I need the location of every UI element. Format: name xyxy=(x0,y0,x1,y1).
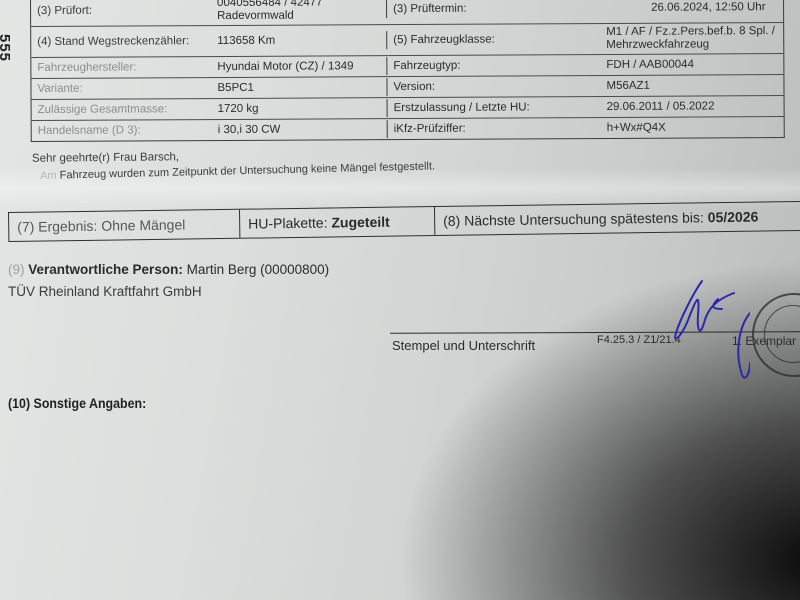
next-inspection-value: 05/2026 xyxy=(708,209,759,226)
company-name: TÜV Rheinland Kraftfahrt GmbH xyxy=(8,284,202,299)
label-registration: Erstzulassung / Letzte HU: xyxy=(387,98,587,117)
handwritten-signature-icon xyxy=(670,275,750,385)
value-registration: 29.06.2011 / 05.2022 xyxy=(587,97,784,116)
other-info-heading: (10) Sonstige Angaben: xyxy=(8,396,146,411)
label-version: Version: xyxy=(386,77,586,96)
label-variant: Variante: xyxy=(31,79,211,98)
label-odometer: (4) Stand Wegstreckenzähler: xyxy=(31,32,211,51)
label-prueftermin: (3) Prüftermin: xyxy=(386,0,586,18)
result-label: (7) Ergebnis: xyxy=(17,218,97,235)
label-pruefort: (3) Prüfort: xyxy=(31,1,211,20)
value-odometer: 113658 Km xyxy=(211,31,386,50)
label-ikfz-checksum: iKfz-Prüfziffer: xyxy=(387,119,587,138)
finding-prefix: Am xyxy=(40,170,60,182)
signature-label: Stempel und Unterschrift xyxy=(392,338,535,353)
value-manufacturer: Hyundai Motor (CZ) / 1349 xyxy=(211,57,386,76)
label-vehicle-class: (5) Fahrzeugklasse: xyxy=(386,30,586,49)
label-vehicle-type: Fahrzeugtyp: xyxy=(386,56,586,75)
value-gross-weight: 1720 kg xyxy=(212,99,387,118)
value-ikfz-checksum: h+Wx#Q4X xyxy=(587,118,784,137)
value-trade-name: i 30,i 30 CW xyxy=(212,120,387,139)
plakette-label: HU-Plakette: xyxy=(248,215,328,232)
plakette-cell: HU-Plakette: Zugeteilt xyxy=(240,207,435,238)
label-manufacturer: Fahrzeughersteller: xyxy=(31,58,211,77)
stamp-inner-ring xyxy=(764,305,800,363)
responsible-number: (9) xyxy=(8,262,25,277)
side-serial-number: 555 xyxy=(0,34,13,62)
table-row: (4) Stand Wegstreckenzähler: 113658 Km (… xyxy=(31,23,783,58)
value-vehicle-type: FDH / AAB00044 xyxy=(586,55,783,74)
value-version: M56AZ1 xyxy=(586,76,783,95)
value-pruefort: 0040556484 / 42477 Radevormwald xyxy=(211,0,386,26)
form-code: F4.25.3 / Z1/21.4 xyxy=(597,334,681,346)
responsible-label: Verantwortliche Person: xyxy=(28,262,183,277)
pruefort-text: 0040556484 / 42477 Radevormwald xyxy=(217,0,323,22)
value-variant: B5PC1 xyxy=(211,78,386,97)
label-gross-weight: Zulässige Gesamtmasse: xyxy=(32,100,212,119)
faded-text: Fahrzeughersteller: xyxy=(37,61,136,74)
table-row: Handelsname (D 3): i 30,i 30 CW iKfz-Prü… xyxy=(32,117,784,141)
value-vehicle-class: M1 / AF / Fz.z.Pers.bef.b. 8 Spl. / Mehr… xyxy=(586,22,783,55)
value-prueftermin: 26.06.2024, 12:50 Uhr xyxy=(586,0,783,17)
responsible-person: (9) Verantwortliche Person: Martin Berg … xyxy=(8,262,329,277)
responsible-name: Martin Berg (00000800) xyxy=(187,262,330,277)
result-value: Ohne Mängel xyxy=(101,217,185,234)
plakette-value: Zugeteilt xyxy=(331,214,390,231)
result-cell: (7) Ergebnis: Ohne Mängel xyxy=(8,210,240,241)
vehicle-data-table: (3) Prüfort: 0040556484 / 42477 Radevorm… xyxy=(30,0,785,142)
label-trade-name: Handelsname (D 3): xyxy=(32,121,212,140)
next-inspection-cell: (8) Nächste Untersuchung spätestens bis:… xyxy=(435,202,800,235)
next-inspection-label: (8) Nächste Untersuchung spätestens bis: xyxy=(443,209,704,229)
greeting: Sehr geehrte(r) Frau Barsch, xyxy=(32,151,179,165)
